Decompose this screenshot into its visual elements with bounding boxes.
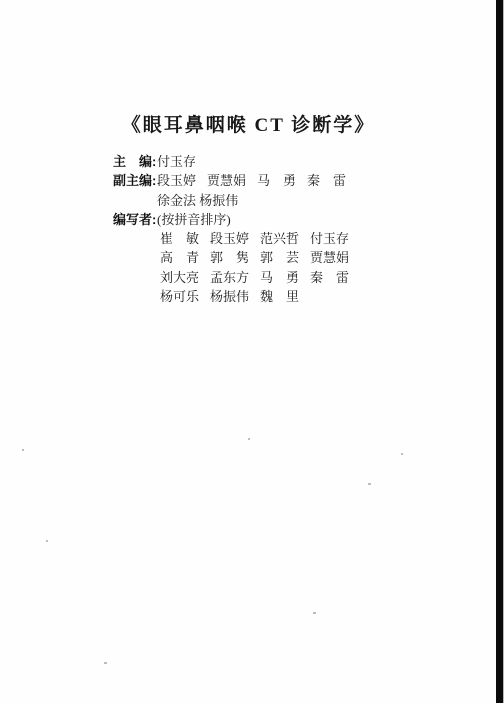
scan-speck (368, 483, 371, 485)
scan-speck (248, 438, 250, 440)
deputy-editors-row: 副主编: 段玉婷 贾慧娟 马 勇 秦 雷 (113, 172, 433, 191)
deputy-editors-label: 副主编: (113, 172, 157, 191)
writer-name: 马 勇 (260, 269, 310, 288)
scan-speck (22, 449, 24, 451)
editors-block: 主 编: 付玉存 副主编: 段玉婷 贾慧娟 马 勇 秦 雷 徐金法 杨振伟 编写… (113, 153, 433, 307)
writers-row: 刘大亮 孟东方 马 勇 秦 雷 (113, 269, 433, 288)
writers-sort-note: (按拼音排序) (157, 211, 231, 230)
chief-editor-row: 主 编: 付玉存 (113, 153, 433, 172)
writers-row: 高 青 郭 隽 郭 芸 贾慧娟 (113, 249, 433, 268)
book-title: 《眼耳鼻咽喉 CT 诊断学》 (0, 110, 497, 137)
writer-name: 贾慧娟 (310, 249, 360, 268)
writers-row: 崔 敏 段玉婷 范兴哲 付玉存 (113, 230, 433, 249)
deputy-editors-row-2: 徐金法 杨振伟 (113, 192, 433, 211)
writer-name: 段玉婷 (210, 230, 260, 249)
deputy-editor-name: 秦 雷 (307, 172, 357, 191)
writer-name: 杨可乐 (160, 288, 210, 307)
writer-name: 付玉存 (310, 230, 360, 249)
deputy-editor-name: 马 勇 (257, 172, 307, 191)
deputy-editor-name: 段玉婷 (157, 172, 207, 191)
writer-name: 魏 里 (260, 288, 310, 307)
writer-name: 杨振伟 (210, 288, 260, 307)
scan-edge-band (496, 0, 503, 703)
writer-name: 刘大亮 (160, 269, 210, 288)
scanned-page: 《眼耳鼻咽喉 CT 诊断学》 主 编: 付玉存 副主编: 段玉婷 贾慧娟 马 勇… (0, 0, 504, 703)
scan-speck (104, 662, 107, 664)
writer-name: 崔 敏 (160, 230, 210, 249)
scan-speck (401, 453, 403, 455)
writers-header-row: 编写者: (按拼音排序) (113, 211, 433, 230)
writer-name: 高 青 (160, 249, 210, 268)
writer-name: 郭 隽 (210, 249, 260, 268)
writer-name: 孟东方 (210, 269, 260, 288)
deputy-editor-name: 徐金法 杨振伟 (157, 192, 238, 211)
deputy-editor-name: 贾慧娟 (207, 172, 257, 191)
writers-row: 杨可乐 杨振伟 魏 里 (113, 288, 433, 307)
writer-name: 范兴哲 (260, 230, 310, 249)
chief-editor-name: 付玉存 (157, 153, 196, 172)
scan-speck (313, 612, 316, 614)
writer-name: 秦 雷 (310, 269, 360, 288)
scan-speck (46, 540, 48, 542)
writers-label: 编写者: (113, 211, 157, 230)
chief-editor-label: 主 编: (113, 153, 157, 172)
writer-name: 郭 芸 (260, 249, 310, 268)
